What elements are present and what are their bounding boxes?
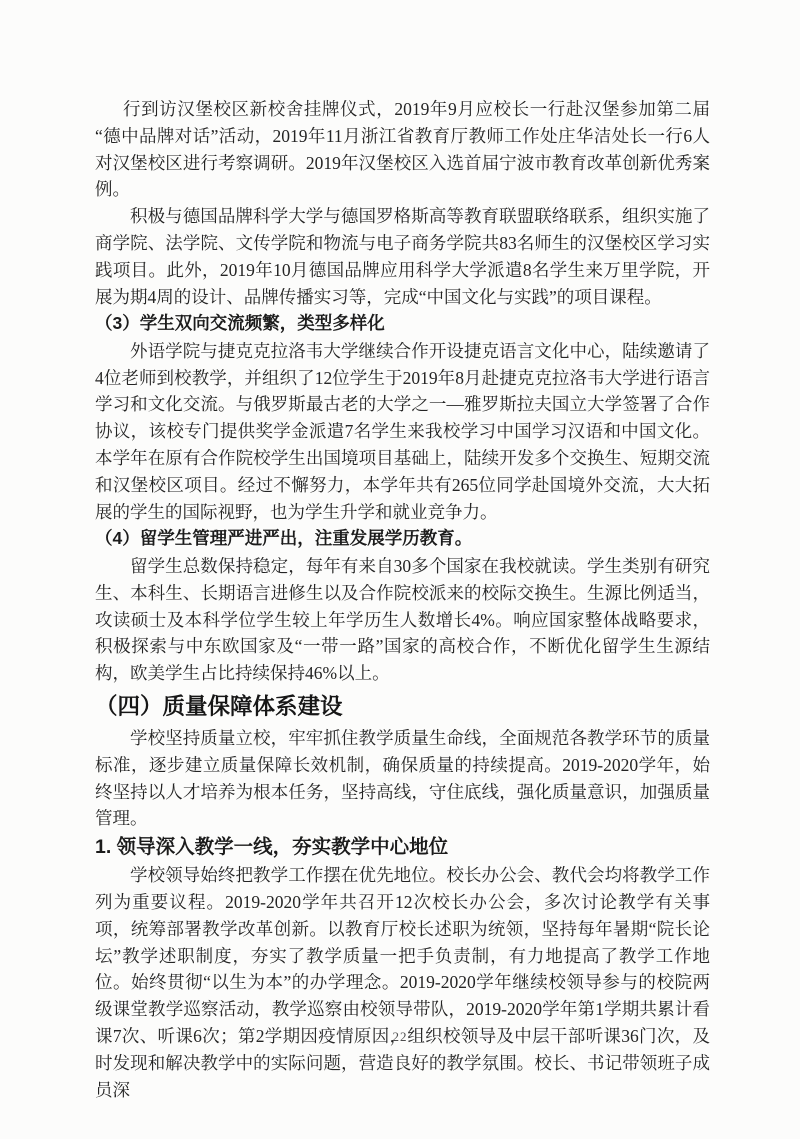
page-number: 22 [393,1029,408,1044]
section-heading: （四）质量保障体系建设 [95,690,710,723]
paragraph: 学校坚持质量立校，牢牢抓住教学质量生命线，全面规范各教学环节的质量标准，逐步建立… [95,725,710,832]
paragraph: 留学生总数保持稳定，每年有来自30多个国家在我校就读。学生类别有研究生、本科生、… [95,553,710,687]
document-page: 行到访汉堡校区新校舍挂牌仪式，2019年9月应校长一行赴汉堡参加第二届“德中品牌… [0,0,800,1139]
sub-heading: 1. 领导深入教学一线，夯实教学中心地位 [95,832,710,862]
paragraph-continuation: 行到访汉堡校区新校舍挂牌仪式，2019年9月应校长一行赴汉堡参加第二届“德中品牌… [95,96,710,203]
paragraph: 外语学院与捷克克拉洛韦大学继续合作开设捷克语言文化中心，陆续邀请了4位老师到校教… [95,338,710,526]
paragraph: 学校领导始终把教学工作摆在优先地位。校长办公会、教代会均将教学工作列为重要议程。… [95,862,710,1103]
page-footer: 22 [0,1028,800,1046]
list-heading: （4）留学生管理严进严出，注重发展学历教育。 [95,525,710,553]
list-heading: （3）学生双向交流频繁，类型多样化 [95,310,710,338]
document-body: 行到访汉堡校区新校舍挂牌仪式，2019年9月应校长一行赴汉堡参加第二届“德中品牌… [95,96,710,1103]
paragraph: 积极与德国品牌科学大学与德国罗格斯高等教育联盟联络联系，组织实施了商学院、法学院… [95,203,710,310]
